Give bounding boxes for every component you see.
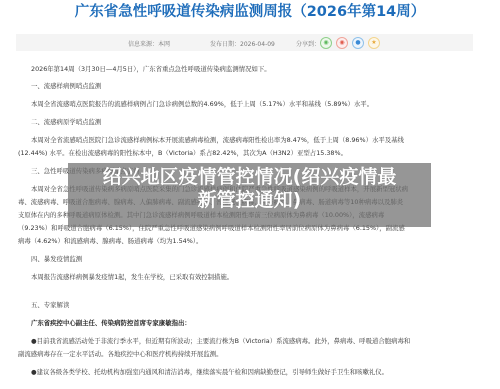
article-publish-date: 发布日期：2026-04-09 [210, 39, 275, 48]
wechat-icon[interactable]: ◉ [320, 37, 332, 49]
article-source: 信息来源：本网 [128, 39, 170, 48]
caption-overlay: 绍兴地区疫情管控情况(绍兴疫情最 新管控通知) [68, 163, 431, 227]
expert-point-1-line-2: 副流感病毒存在一定水平活动。各地疾控中心和医疗机构持续开展监测。 [18, 350, 223, 359]
intro-paragraph: 2026年第14周（3月30日—4月5日），广东省重点急性呼吸道传染病监测情况如… [31, 65, 271, 74]
weibo-icon[interactable]: ◉ [336, 37, 348, 49]
section-heading-5: 五、专家解读 [31, 301, 69, 310]
article-meta-bar: 信息来源：本网 发布日期：2026-04-09 分享到： ◉ ◉ ● ★ [16, 34, 473, 51]
share-label: 分享到： [296, 39, 320, 48]
section-2-line-2: (12.44%) 水平。在检出流感病毒的阳性标本中，B（Victoria）系占8… [18, 149, 347, 158]
qq-icon[interactable]: ● [352, 37, 364, 49]
expert-point-1-line-1: ●目前我省流感活动处于非流行季水平，但近期有所波动；主要流行株为B（Victor… [31, 337, 410, 346]
section-4-text: 本周报告流感样病例暴发疫情1起，发生在学校，已采取有效控制措施。 [31, 273, 233, 282]
section-heading-1: 一、流感样病例哨点监测 [31, 82, 101, 91]
expert-point-2: ●建议各级各类学校、托幼机构加强室内通风和清洁消毒，继续落实晨午检和因病缺勤登记… [31, 368, 388, 377]
section-3-line-5: 病毒（4.62%）和流感病毒、腺病毒、肠道病毒（均为1.54%）。 [18, 237, 202, 246]
article-title: 广东省急性呼吸道传染病监测周报（2026年第14周） [0, 3, 500, 21]
section-heading-2: 二、流感病原学哨点监测 [31, 118, 101, 127]
share-icons: ◉ ◉ ● ★ [320, 37, 380, 49]
section-1-text: 本周全省流感哨点医院报告的流感样病例占门急诊病例总数的4.69%，低于上周（5.… [31, 100, 373, 109]
section-2-line-1: 本周对全省流感哨点医院门急诊流感样病例标本开展流感病毒检测，流感病毒阳性检出率为… [31, 136, 404, 145]
caption-line-1: 绍兴地区疫情管控情况(绍兴疫情最 [68, 166, 431, 189]
qzone-icon[interactable]: ★ [368, 37, 380, 49]
expert-title: 广东省疾控中心副主任、传染病防控首席专家康敏指出： [31, 319, 191, 328]
section-heading-4: 四、暴发疫情监测 [31, 255, 82, 264]
article-page: 广东省急性呼吸道传染病监测周报（2026年第14周） 信息来源：本网 发布日期：… [0, 0, 500, 389]
caption-line-2: 新管控通知) [68, 189, 431, 212]
